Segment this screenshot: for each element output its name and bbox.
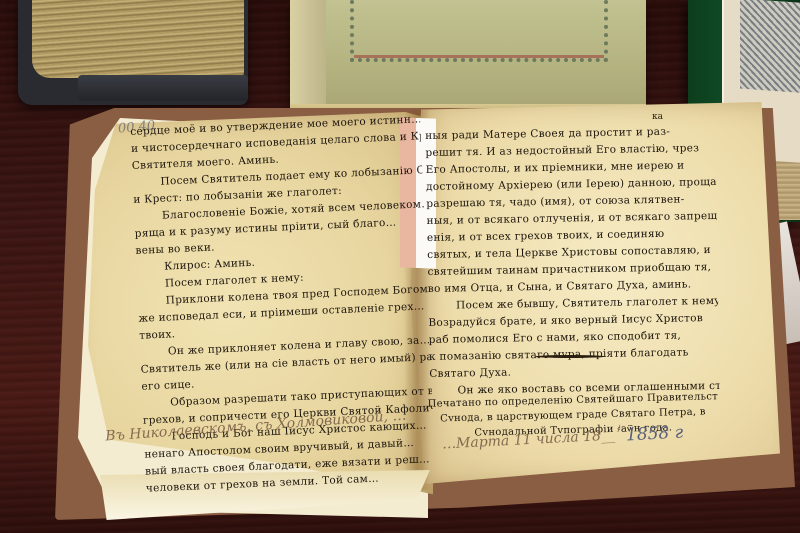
worn-book-spine xyxy=(78,75,248,101)
right-page-text: ныя ради Матере Своея да простит и раз- … xyxy=(425,123,720,400)
handwritten-year: 1858 г xyxy=(626,423,684,446)
worn-book-page-edges xyxy=(32,0,244,78)
signature-mark: ка xyxy=(652,112,663,122)
green-book-spine-edge xyxy=(290,0,326,112)
green-book-ornamental-border xyxy=(350,0,608,62)
left-page-text: сердце моё и во утверждение мое моего ис… xyxy=(130,111,436,497)
worn-leather-book xyxy=(18,0,248,105)
engraving-image xyxy=(740,0,800,93)
green-ornate-book xyxy=(290,0,646,118)
tailpiece-ornament xyxy=(535,355,605,358)
